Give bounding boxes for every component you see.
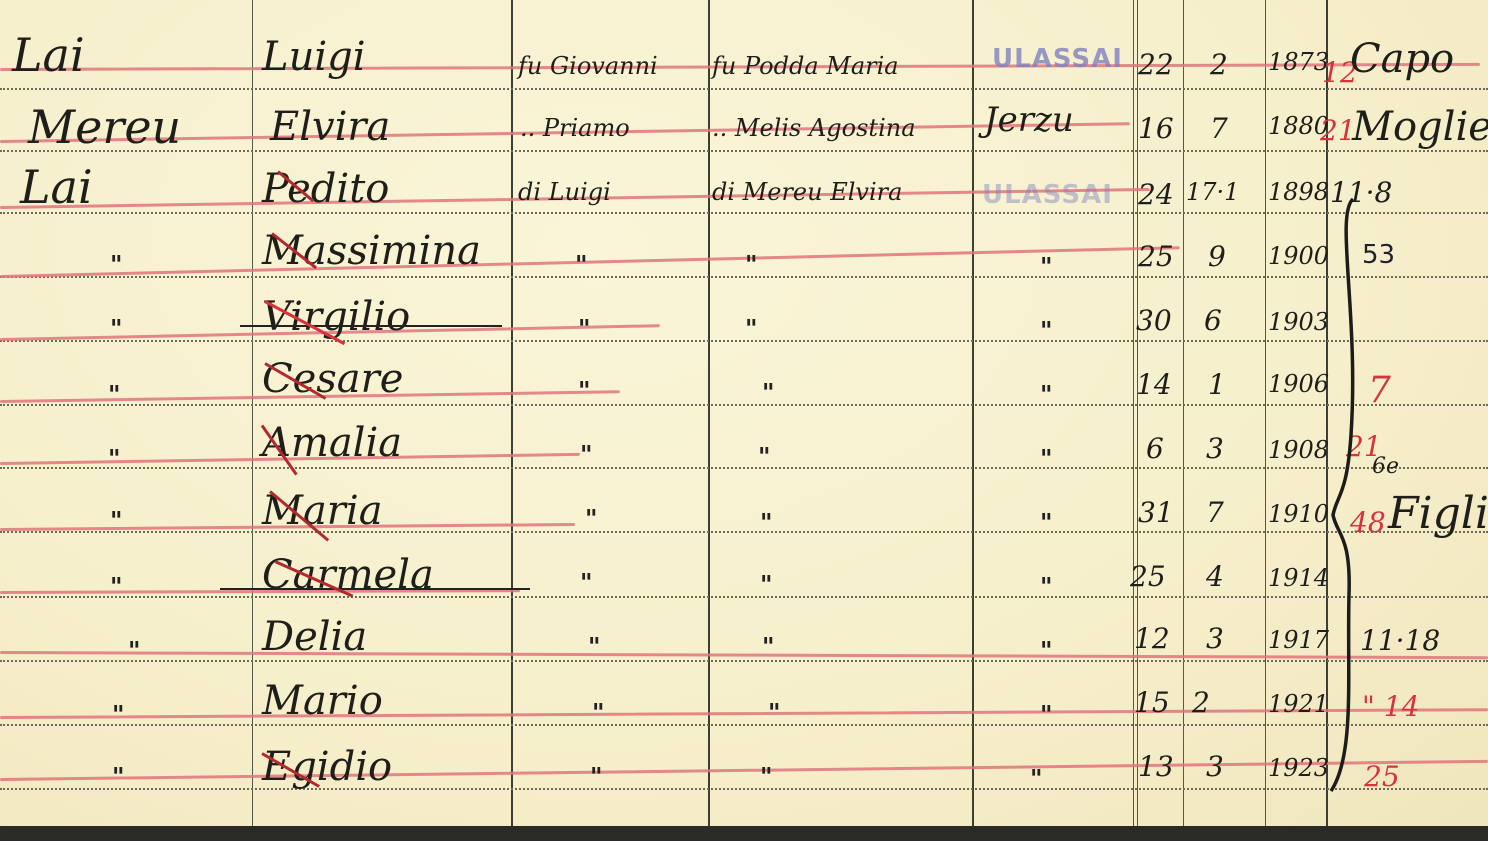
name-strike-through <box>220 588 530 590</box>
ditto-mark: " <box>1040 316 1053 345</box>
row-rule <box>0 467 1488 469</box>
ditto-mark: " <box>128 636 141 665</box>
row-rule <box>0 340 1488 342</box>
birthplace-stamp: ULASSAI <box>992 44 1123 74</box>
ditto-mark: " <box>760 570 773 599</box>
birth-year-cell: 1910 <box>1268 500 1329 528</box>
row-rule <box>0 788 1488 790</box>
row-rule <box>0 404 1488 406</box>
ditto-mark: " <box>580 568 593 597</box>
given-name-cell: Cesare <box>262 356 403 402</box>
row-rule <box>0 660 1488 662</box>
birth-month-cell: 1 <box>1208 368 1226 401</box>
ditto-mark: " <box>758 442 771 471</box>
given-name-cell: Carmela <box>262 552 434 598</box>
given-name-cell: Virgilio <box>262 294 410 340</box>
birth-month-cell: 7 <box>1206 496 1224 529</box>
birth-day-cell: 16 <box>1138 112 1174 145</box>
ditto-mark: " <box>1040 636 1053 665</box>
column-rule-month-year <box>1265 0 1266 826</box>
birth-day-cell: 25 <box>1130 560 1166 593</box>
birth-day-cell: 31 <box>1138 496 1174 529</box>
given-name-cell: Elvira <box>270 104 390 150</box>
row-rule <box>0 724 1488 726</box>
row-rule <box>0 88 1488 90</box>
birth-year-cell: 1873 <box>1268 48 1329 76</box>
row-rule <box>0 596 1488 598</box>
ditto-mark: " <box>745 314 758 343</box>
birth-year-cell: 1906 <box>1268 370 1329 398</box>
birth-month-cell: 7 <box>1210 112 1228 145</box>
birth-year-cell: 1908 <box>1268 436 1329 464</box>
ditto-mark: " <box>1040 380 1053 409</box>
birth-month-cell: 2 <box>1192 686 1210 719</box>
birth-year-cell: 1914 <box>1268 564 1329 592</box>
birth-month-cell: 4 <box>1206 560 1224 593</box>
surname-cell: Lai <box>20 160 93 214</box>
mother-cell: fu Podda Maria <box>712 52 899 80</box>
ditto-mark: " <box>112 762 125 791</box>
ditto-mark: " <box>588 632 601 661</box>
ditto-mark: " <box>110 506 123 535</box>
ditto-mark: " <box>578 376 591 405</box>
given-name-cell: Delia <box>262 614 367 660</box>
surname-cell: Lai <box>12 28 85 82</box>
birth-day-cell: 12 <box>1134 622 1170 655</box>
surname-cell: Mereu <box>28 100 181 154</box>
ditto-mark: " <box>108 380 121 409</box>
ditto-mark: " <box>592 698 605 727</box>
birth-day-cell: 30 <box>1136 304 1172 337</box>
column-rule-father-mother <box>708 0 710 826</box>
birthplace-cell: Jerzu <box>984 100 1074 140</box>
red-note: 7 <box>1368 370 1391 411</box>
given-name-cell: Maria <box>262 488 383 534</box>
row-rule <box>0 276 1488 278</box>
birth-year-cell: 1903 <box>1268 308 1329 336</box>
birth-day-cell: 15 <box>1134 686 1170 719</box>
birth-day-cell: 24 <box>1138 178 1174 211</box>
column-rule-given-father <box>511 0 513 826</box>
ditto-mark: " <box>110 250 123 279</box>
birth-day-cell: 13 <box>1138 750 1174 783</box>
birth-month-cell: 17·1 <box>1186 178 1239 206</box>
ditto-mark: " <box>110 572 123 601</box>
ditto-mark: " <box>762 378 775 407</box>
row-rule <box>0 531 1488 533</box>
birth-month-cell: 6 <box>1204 304 1222 337</box>
ditto-mark: " <box>575 250 588 279</box>
birth-month-cell: 3 <box>1206 432 1224 465</box>
birth-year-cell: 1900 <box>1268 242 1329 270</box>
birth-month-cell: 3 <box>1206 622 1224 655</box>
ditto-mark: " <box>1040 572 1053 601</box>
relation-note: 11·18 <box>1360 624 1440 657</box>
father-cell: fu Giovanni <box>518 52 658 80</box>
mother-cell: di Mereu Elvira <box>712 178 902 206</box>
ditto-mark: " <box>768 698 781 727</box>
ditto-mark: " <box>578 314 591 343</box>
ditto-mark: " <box>580 440 593 469</box>
birth-month-cell: 9 <box>1208 240 1226 273</box>
ditto-mark: " <box>760 762 773 791</box>
birth-day-cell: 6 <box>1146 432 1164 465</box>
red-note: 25 <box>1364 760 1400 793</box>
row-rule <box>0 212 1488 214</box>
birth-day-cell: 22 <box>1138 48 1174 81</box>
ditto-mark: " <box>110 314 123 343</box>
birth-year-cell: 1923 <box>1268 754 1329 782</box>
birth-day-cell: 25 <box>1138 240 1174 273</box>
birth-month-cell: 3 <box>1206 750 1224 783</box>
ditto-mark: " <box>1040 700 1053 729</box>
mother-cell: .. Melis Agostina <box>712 114 916 142</box>
page-bottom-edge <box>0 826 1488 841</box>
red-note: 21 <box>1320 114 1356 147</box>
register-page: Lai Luigi fu Giovanni fu Podda Maria ULA… <box>0 0 1488 826</box>
ditto-mark: " <box>745 250 758 279</box>
ditto-mark: " <box>1040 252 1053 281</box>
ditto-mark: " <box>590 762 603 791</box>
birth-month-cell: 2 <box>1210 48 1228 81</box>
ditto-mark: " <box>760 508 773 537</box>
relation-cell: Moglie <box>1352 104 1488 150</box>
figli-prefix: 6e <box>1372 454 1399 479</box>
ditto-mark: " <box>585 504 598 533</box>
figli-label: Figli <box>1388 488 1488 539</box>
given-name-cell: Mario <box>262 678 383 724</box>
birth-year-cell: 1921 <box>1268 690 1329 718</box>
red-note: " 14 <box>1362 690 1419 723</box>
row-rule <box>0 150 1488 152</box>
relation-cell: Capo <box>1350 36 1454 82</box>
given-name-cell: Luigi <box>262 34 366 80</box>
children-brace-icon <box>1325 195 1365 795</box>
red-strike-row-4 <box>0 246 1180 278</box>
ditto-mark: " <box>112 700 125 729</box>
ditto-mark: " <box>1040 508 1053 537</box>
column-rule-surname-given <box>252 0 253 826</box>
ditto-mark: " <box>1030 764 1043 793</box>
ditto-mark: " <box>108 444 121 473</box>
birth-year-cell: 1898 <box>1268 178 1329 206</box>
birth-day-cell: 14 <box>1136 368 1172 401</box>
name-strike-through <box>240 325 502 327</box>
birth-year-cell: 1917 <box>1268 626 1329 654</box>
relation-note: 53 <box>1362 240 1395 270</box>
father-cell: .. Priamo <box>520 114 630 142</box>
column-rule-day-month <box>1183 0 1184 826</box>
birthplace-stamp: ULASSAI <box>982 180 1113 210</box>
ditto-mark: " <box>762 632 775 661</box>
father-cell: di Luigi <box>518 178 611 206</box>
ditto-mark: " <box>1040 444 1053 473</box>
